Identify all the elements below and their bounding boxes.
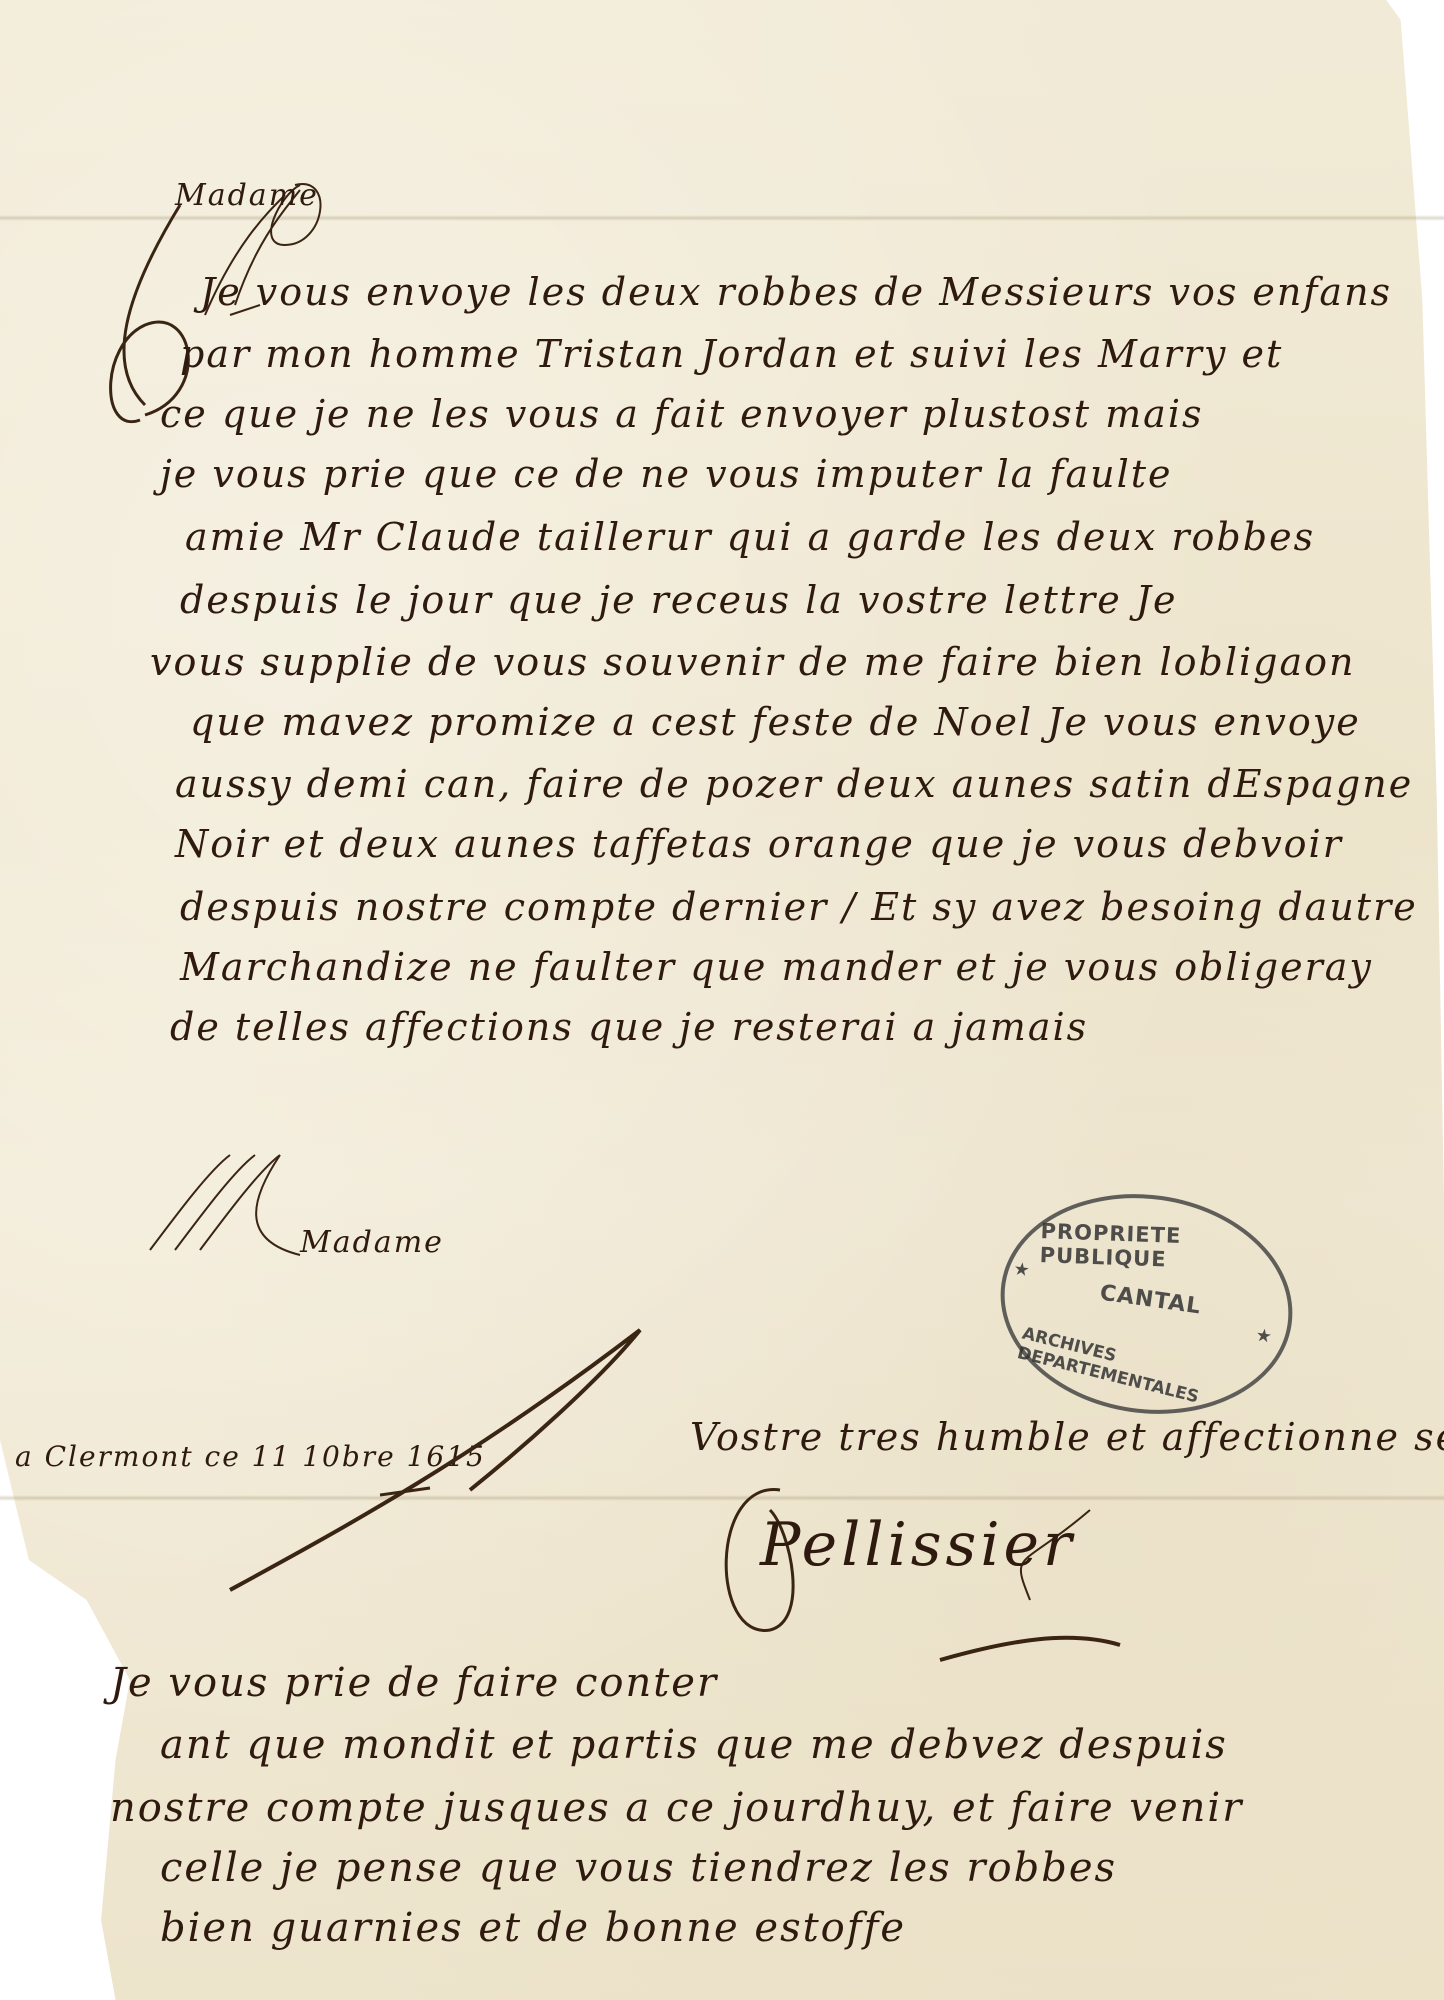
stamp-center-text: CANTAL xyxy=(1098,1281,1202,1320)
postscript-line: nostre compte jusques a ce jourdhuy, et … xyxy=(110,1785,1243,1831)
body-line: vous supplie de vous souvenir de me fair… xyxy=(150,640,1355,684)
body-line: amie Mr Claude taillerur qui a garde les… xyxy=(185,515,1315,559)
body-line: aussy demi can, faire de pozer deux aune… xyxy=(175,762,1413,806)
body-line: que mavez promize a cest feste de Noel J… xyxy=(190,700,1361,744)
star-icon: ★ xyxy=(1254,1325,1273,1348)
postscript-line: celle je pense que vous tiendrez les rob… xyxy=(160,1845,1117,1891)
body-line: ce que je ne les vous a fait envoyer plu… xyxy=(160,392,1204,436)
postscript-line: Je vous prie de faire conter xyxy=(110,1660,718,1706)
stamp-top-text: PROPRIETE PUBLIQUE xyxy=(1039,1219,1298,1276)
body-line: Marchandize ne faulter que mander et je … xyxy=(180,945,1373,989)
body-line: par mon homme Tristan Jordan et suivi le… xyxy=(180,332,1283,376)
body-line: Noir et deux aunes taffetas orange que j… xyxy=(175,822,1343,866)
body-line: despuis nostre compte dernier / Et sy av… xyxy=(180,885,1418,929)
signature: Pellissier xyxy=(760,1510,1076,1580)
star-icon: ★ xyxy=(1012,1258,1031,1281)
salutation: Madame xyxy=(175,178,319,213)
closing-salutation: Madame xyxy=(300,1225,444,1260)
body-line: je vous prie que ce de ne vous imputer l… xyxy=(160,452,1173,496)
date-flourish xyxy=(220,1320,670,1620)
body-line: de telles affections que je resterai a j… xyxy=(170,1005,1088,1049)
closing-formula: Vostre tres humble et affectionne servan… xyxy=(690,1415,1444,1459)
body-line: despuis le jour que je receus la vostre … xyxy=(180,578,1178,622)
body-line: Je vous envoye les deux robbes de Messie… xyxy=(200,270,1392,314)
postscript-line: bien guarnies et de bonne estoffe xyxy=(160,1905,906,1951)
postscript-line: ant que mondit et partis que me debvez d… xyxy=(160,1722,1228,1768)
